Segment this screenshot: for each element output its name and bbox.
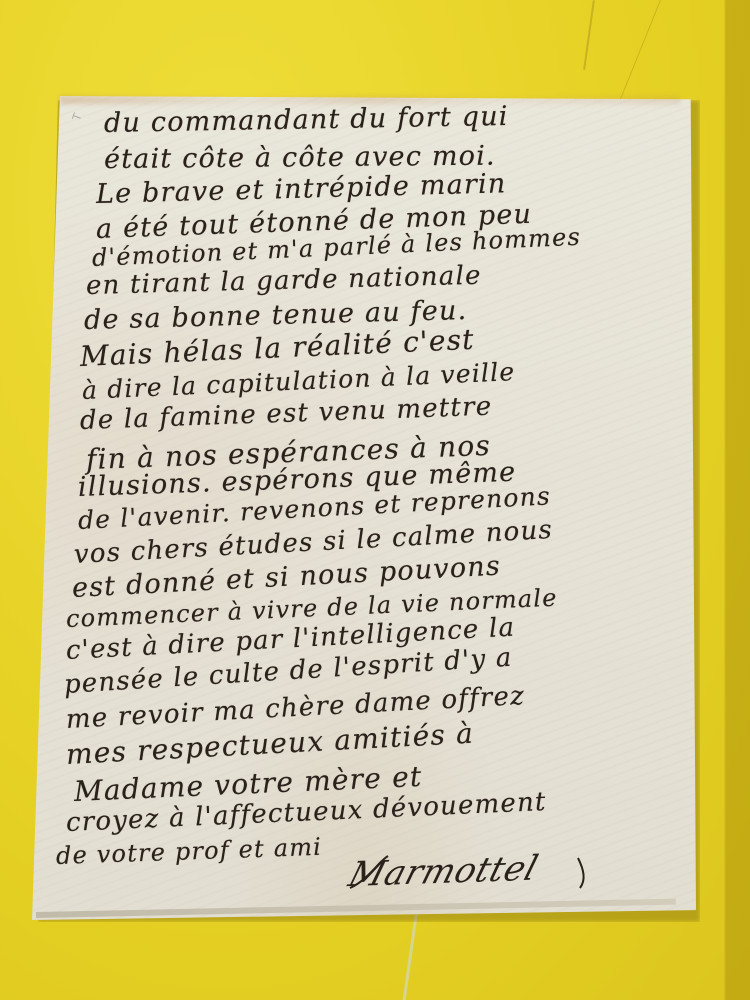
signature-flourish bbox=[348, 852, 608, 892]
